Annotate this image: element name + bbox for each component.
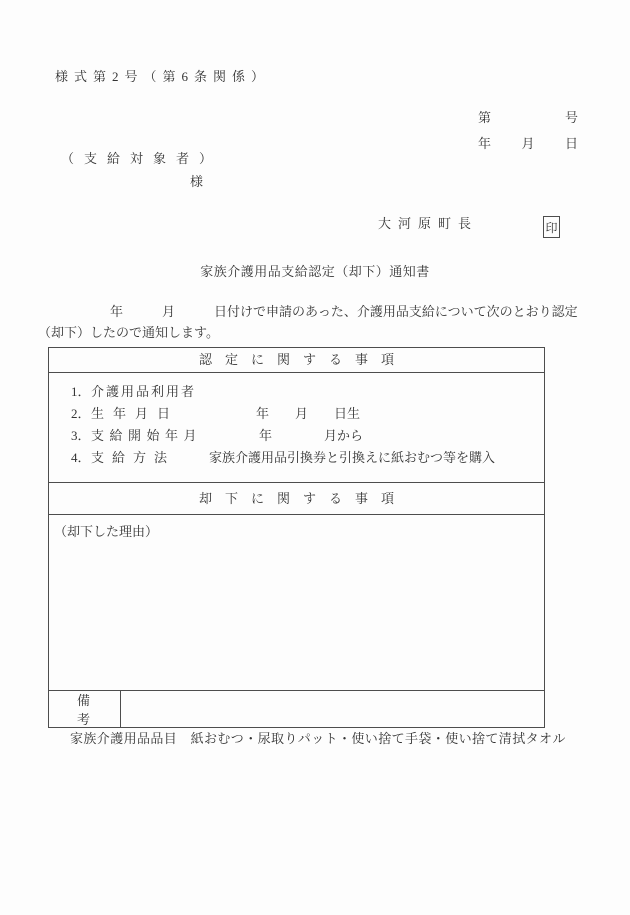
section-header-rejection: 却下に関する事項 — [49, 483, 544, 515]
doc-number-prefix: 第 — [478, 111, 491, 126]
approval-items-section: 1． 介護用品利用者 2． 生年月日 年 月 日生 3． 支給開始年月 年 月か… — [49, 373, 544, 483]
item-number: 2． — [71, 403, 91, 422]
item-number: 4． — [71, 447, 91, 466]
document-page: 様式第2号（第6条関係） 第 号 年 月 日 （支給対象者） 様 大河原町長 印… — [0, 0, 630, 915]
body-text-line1: 年 月 日付けで申請のあった、介護用品支給について次のとおり認定 — [110, 305, 578, 320]
item-row-grant-start: 3． 支給開始年月 年 月から — [49, 425, 544, 447]
document-title: 家族介護用品支給認定（却下）通知書 — [0, 265, 630, 280]
remarks-label-cell: 備考 — [49, 691, 121, 727]
item-label: 支給方法 — [91, 447, 175, 466]
item-number: 1． — [71, 381, 91, 400]
sender-mayor-name: 大河原町長 — [378, 217, 478, 232]
item-label: 支給開始年月 — [91, 425, 202, 444]
remarks-value-cell — [121, 691, 544, 727]
item-value: 家族介護用品引換券と引換えに紙おむつ等を購入 — [209, 447, 495, 466]
item-row-grant-method: 4． 支給方法 家族介護用品引換券と引換えに紙おむつ等を購入 — [49, 447, 544, 469]
honorific-sama: 様 — [190, 175, 203, 190]
item-label: 生年月日 — [91, 403, 179, 422]
body-text-line2: （却下）したので通知します。 — [38, 326, 219, 341]
date-line: 年 月 日 — [478, 137, 578, 152]
date-year-label: 年 — [478, 137, 491, 152]
section-header-approval: 認定に関する事項 — [49, 348, 544, 373]
doc-number-suffix: 号 — [565, 111, 578, 126]
item-row-birth-date: 2． 生年月日 年 月 日生 — [49, 403, 544, 425]
seal-placeholder-box: 印 — [543, 216, 560, 238]
date-month-label: 月 — [521, 137, 534, 152]
date-day-label: 日 — [565, 137, 578, 152]
addressee-label: （支給対象者） — [61, 152, 222, 167]
item-label: 介護用品利用者 — [91, 381, 196, 400]
item-value: 年 月から — [259, 425, 363, 444]
footer-item-list-note: 家族介護用品品目 紙おむつ・尿取りパット・使い捨て手袋・使い捨て清拭タオル — [70, 732, 566, 747]
rejection-reason-label: （却下した理由） — [54, 524, 158, 539]
seal-character: 印 — [545, 219, 557, 236]
remarks-row: 備考 — [49, 691, 544, 727]
form-number: 様式第2号（第6条関係） — [55, 70, 270, 85]
rejection-reason-cell: （却下した理由） — [49, 515, 544, 691]
item-number: 3． — [71, 425, 91, 444]
document-number-line: 第 号 — [478, 111, 578, 126]
item-row-care-supply-user: 1． 介護用品利用者 — [49, 381, 544, 403]
item-value: 年 月 日生 — [256, 403, 360, 422]
notice-table: 認定に関する事項 1． 介護用品利用者 2． 生年月日 年 月 日生 3． 支給… — [48, 347, 545, 728]
